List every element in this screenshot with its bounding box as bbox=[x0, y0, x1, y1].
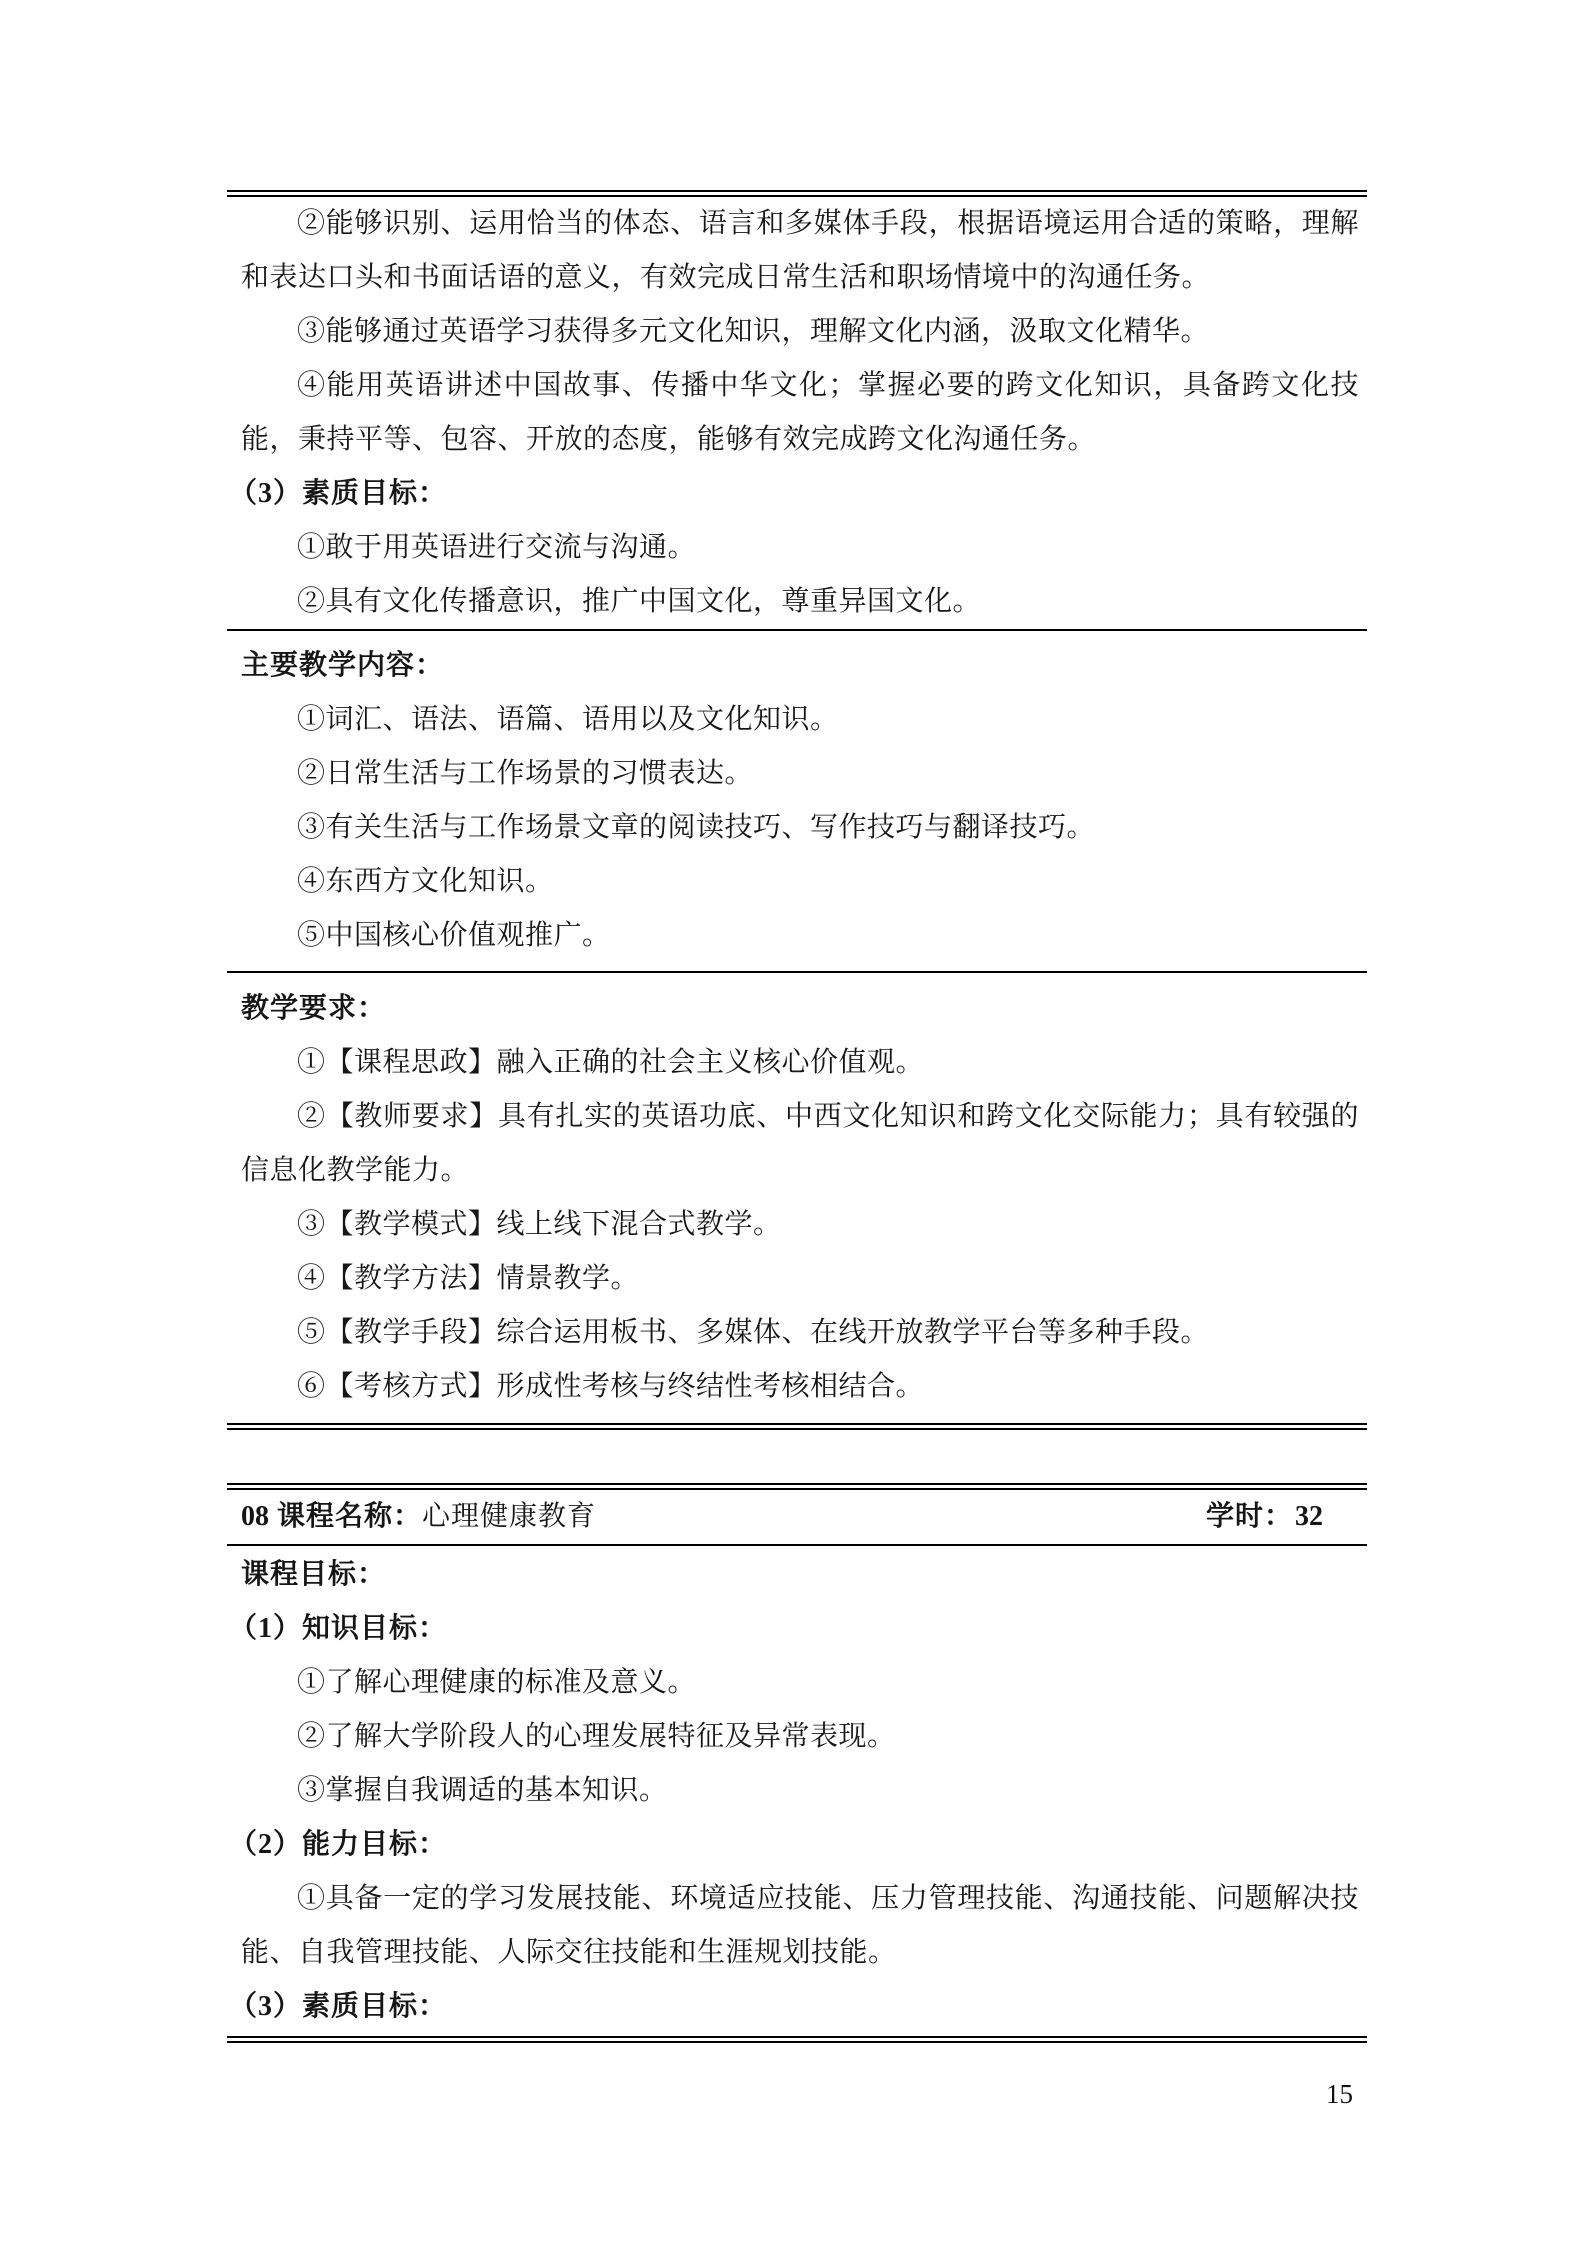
course-objectives-heading: 课程目标： bbox=[241, 1548, 1359, 1602]
teaching-requirements-section: 教学要求： ①【课程思政】融入正确的社会主义核心价值观。 ②【教师要求】具有扎实… bbox=[227, 973, 1367, 1430]
course-objectives-section: 课程目标： （1）知识目标： ①了解心理健康的标准及意义。 ②了解大学阶段人的心… bbox=[227, 1546, 1367, 2036]
teaching-requirement-4: ④【教学方法】情景教学。 bbox=[241, 1252, 1359, 1306]
quality-objectives-heading: （3）素质目标： bbox=[229, 467, 1359, 521]
ability-objective-3: ③能够通过英语学习获得多元文化知识，理解文化内涵，汲取文化精华。 bbox=[241, 305, 1359, 359]
knowledge-objective-2: ②了解大学阶段人的心理发展特征及异常表现。 bbox=[241, 1710, 1359, 1764]
ability-objective-4: ④能用英语讲述中国故事、传播中华文化；掌握必要的跨文化知识，具备跨文化技能，秉持… bbox=[241, 359, 1359, 467]
teaching-content-item-1: ①词汇、语法、语篇、语用以及文化知识。 bbox=[241, 693, 1359, 747]
ability-objectives-heading: （2）能力目标： bbox=[229, 1818, 1359, 1872]
knowledge-objective-3: ③掌握自我调适的基本知识。 bbox=[241, 1764, 1359, 1818]
teaching-content-item-2: ②日常生活与工作场景的习惯表达。 bbox=[241, 747, 1359, 801]
ability-quality-objectives-section: ②能够识别、运用恰当的体态、语言和多媒体手段，根据语境运用合适的策略，理解和表达… bbox=[227, 190, 1367, 631]
ability-objective-2: ②能够识别、运用恰当的体态、语言和多媒体手段，根据语境运用合适的策略，理解和表达… bbox=[241, 197, 1359, 305]
course-number: 08 bbox=[241, 1501, 269, 1532]
ability-objective-1: ①具备一定的学习发展技能、环境适应技能、压力管理技能、沟通技能、问题解决技能、自… bbox=[241, 1872, 1359, 1980]
page-number: 15 bbox=[1326, 2078, 1353, 2110]
knowledge-objective-1: ①了解心理健康的标准及意义。 bbox=[241, 1656, 1359, 1710]
quality-objective-1: ①敢于用英语进行交流与沟通。 bbox=[241, 521, 1359, 575]
teaching-requirement-3: ③【教学模式】线上线下混合式教学。 bbox=[241, 1198, 1359, 1252]
teaching-content-section: 主要教学内容： ①词汇、语法、语篇、语用以及文化知识。 ②日常生活与工作场景的习… bbox=[227, 631, 1367, 973]
course-name-label: 课程名称： bbox=[277, 1501, 422, 1532]
document-page: ②能够识别、运用恰当的体态、语言和多媒体手段，根据语境运用合适的策略，理解和表达… bbox=[0, 0, 1587, 2245]
course-07-table-continued: ②能够识别、运用恰当的体态、语言和多媒体手段，根据语境运用合适的策略，理解和表达… bbox=[227, 190, 1367, 1482]
course-name-value: 心理健康教育 bbox=[422, 1501, 596, 1532]
teaching-content-item-5: ⑤中国核心价值观推广。 bbox=[241, 909, 1359, 963]
teaching-requirement-1: ①【课程思政】融入正确的社会主义核心价值观。 bbox=[241, 1036, 1359, 1090]
course-hours-value: 32 bbox=[1295, 1501, 1323, 1532]
quality-objectives-heading-2: （3）素质目标： bbox=[229, 1980, 1359, 2034]
course-hours-cell: 学时：32 bbox=[1206, 1490, 1323, 1544]
teaching-content-heading: 主要教学内容： bbox=[241, 639, 1359, 693]
course-08-table: 08课程名称：心理健康教育 学时：32 课程目标： （1）知识目标： ①了解心理… bbox=[227, 1483, 1367, 2043]
teaching-requirements-heading: 教学要求： bbox=[241, 982, 1359, 1036]
course-name-cell: 08课程名称：心理健康教育 bbox=[241, 1490, 596, 1544]
teaching-requirement-6: ⑥【考核方式】形成性考核与终结性考核相结合。 bbox=[241, 1360, 1359, 1414]
teaching-requirement-5: ⑤【教学手段】综合运用板书、多媒体、在线开放教学平台等多种手段。 bbox=[241, 1306, 1359, 1360]
quality-objective-2: ②具有文化传播意识，推广中国文化，尊重异国文化。 bbox=[241, 575, 1359, 629]
knowledge-objectives-heading: （1）知识目标： bbox=[229, 1602, 1359, 1656]
course-header-row: 08课程名称：心理健康教育 学时：32 bbox=[227, 1490, 1367, 1546]
table-gap bbox=[227, 1430, 1367, 1482]
course-hours-label: 学时： bbox=[1206, 1501, 1293, 1532]
teaching-content-item-4: ④东西方文化知识。 bbox=[241, 855, 1359, 909]
teaching-content-item-3: ③有关生活与工作场景文章的阅读技巧、写作技巧与翻译技巧。 bbox=[241, 801, 1359, 855]
teaching-requirement-2: ②【教师要求】具有扎实的英语功底、中西文化知识和跨文化交际能力；具有较强的信息化… bbox=[241, 1090, 1359, 1198]
